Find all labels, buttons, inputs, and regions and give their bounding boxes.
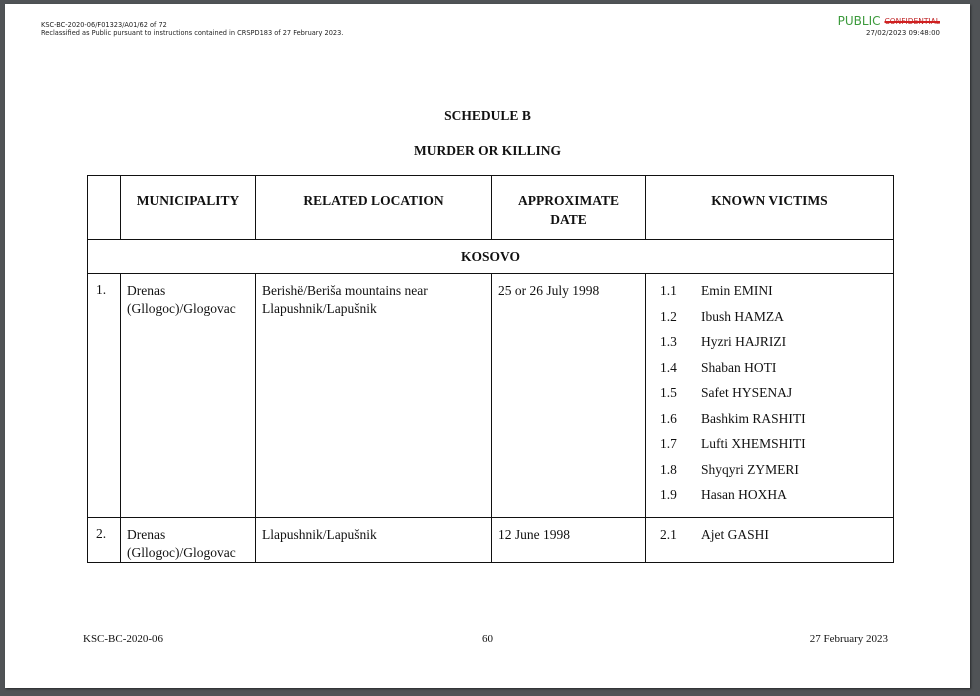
column-header-municipality: MUNICIPALITY (121, 176, 256, 240)
reclassification-timestamp: 27/02/2023 09:48:00 (866, 29, 940, 37)
date-cell: 12 June 1998 (492, 517, 646, 562)
date-cell: 25 or 26 July 1998 (492, 274, 646, 518)
victim-name: Shyqyri ZYMERI (701, 462, 799, 477)
victim-id: 2.1 (660, 526, 701, 544)
municipality-cell: Drenas (Gllogoc)/Glogovac (121, 274, 256, 518)
victim-entry: 1.1Emin EMINI (660, 282, 893, 308)
victim-name: Ajet GASHI (701, 527, 769, 542)
victim-entry: 1.7Lufti XHEMSHITI (660, 435, 893, 461)
victim-entry: 2.1Ajet GASHI (660, 526, 893, 552)
row-number: 2. (88, 517, 121, 562)
victim-name: Hasan HOXHA (701, 487, 787, 502)
victim-id: 1.7 (660, 435, 701, 453)
victim-name: Bashkim RASHITI (701, 411, 806, 426)
victim-id: 1.6 (660, 410, 701, 428)
victim-id: 1.4 (660, 359, 701, 377)
classification-public: PUBLIC (838, 14, 881, 28)
victim-entry: 1.9Hasan HOXHA (660, 486, 893, 512)
victim-entry: 1.8Shyqyri ZYMERI (660, 461, 893, 487)
table-header-row: MUNICIPALITY RELATED LOCATION APPROXIMAT… (88, 176, 894, 240)
victim-name: Shaban HOTI (701, 360, 776, 375)
section-title: MURDER OR KILLING (5, 143, 970, 159)
column-header-location: RELATED LOCATION (256, 176, 492, 240)
footer-date: 27 February 2023 (810, 633, 888, 645)
victim-id: 1.9 (660, 486, 701, 504)
column-header-victims: KNOWN VICTIMS (646, 176, 894, 240)
victim-name: Hyzri HAJRIZI (701, 334, 786, 349)
victim-entry: 1.3Hyzri HAJRIZI (660, 333, 893, 359)
victim-id: 1.3 (660, 333, 701, 351)
document-header-left: KSC-BC-2020-06/F01323/A01/62 of 72 Recla… (41, 21, 343, 37)
schedule-title: SCHEDULE B (5, 108, 970, 124)
column-header-number (88, 176, 121, 240)
table-row: 2.Drenas (Gllogoc)/GlogovacLlapushnik/La… (88, 517, 894, 562)
victim-entry: 1.6Bashkim RASHITI (660, 410, 893, 436)
region-row: KOSOVO (88, 240, 894, 274)
victim-entry: 1.4Shaban HOTI (660, 359, 893, 385)
victim-name: Safet HYSENAJ (701, 385, 792, 400)
victim-id: 1.5 (660, 384, 701, 402)
victim-id: 1.1 (660, 282, 701, 300)
victim-entry: 1.2Ibush HAMZA (660, 308, 893, 334)
table-row: 1.Drenas (Gllogoc)/GlogovacBerishë/Beriš… (88, 274, 894, 518)
region-label: KOSOVO (88, 240, 894, 274)
victim-id: 1.8 (660, 461, 701, 479)
victims-cell: 2.1Ajet GASHI (646, 517, 894, 562)
victims-cell: 1.1Emin EMINI1.2Ibush HAMZA1.3Hyzri HAJR… (646, 274, 894, 518)
column-header-date: APPROXIMATE DATE (492, 176, 646, 240)
document-page: KSC-BC-2020-06/F01323/A01/62 of 72 Recla… (5, 4, 970, 688)
location-cell: Llapushnik/Lapušnik (256, 517, 492, 562)
location-cell: Berishë/Beriša mountains near Llapushnik… (256, 274, 492, 518)
victim-entry: 1.5Safet HYSENAJ (660, 384, 893, 410)
schedule-table: MUNICIPALITY RELATED LOCATION APPROXIMAT… (87, 175, 894, 563)
municipality-cell: Drenas (Gllogoc)/Glogovac (121, 517, 256, 562)
victim-name: Ibush HAMZA (701, 309, 784, 324)
reclassification-note: Reclassified as Public pursuant to instr… (41, 29, 343, 37)
document-reference: KSC-BC-2020-06/F01323/A01/62 of 72 (41, 21, 343, 29)
classification-confidential-struck: CONFIDENTIAL (884, 17, 940, 26)
classification-stamp: PUBLICCONFIDENTIAL 27/02/2023 09:48:00 (838, 14, 940, 33)
victim-name: Lufti XHEMSHITI (701, 436, 806, 451)
victim-name: Emin EMINI (701, 283, 773, 298)
victim-id: 1.2 (660, 308, 701, 326)
row-number: 1. (88, 274, 121, 518)
